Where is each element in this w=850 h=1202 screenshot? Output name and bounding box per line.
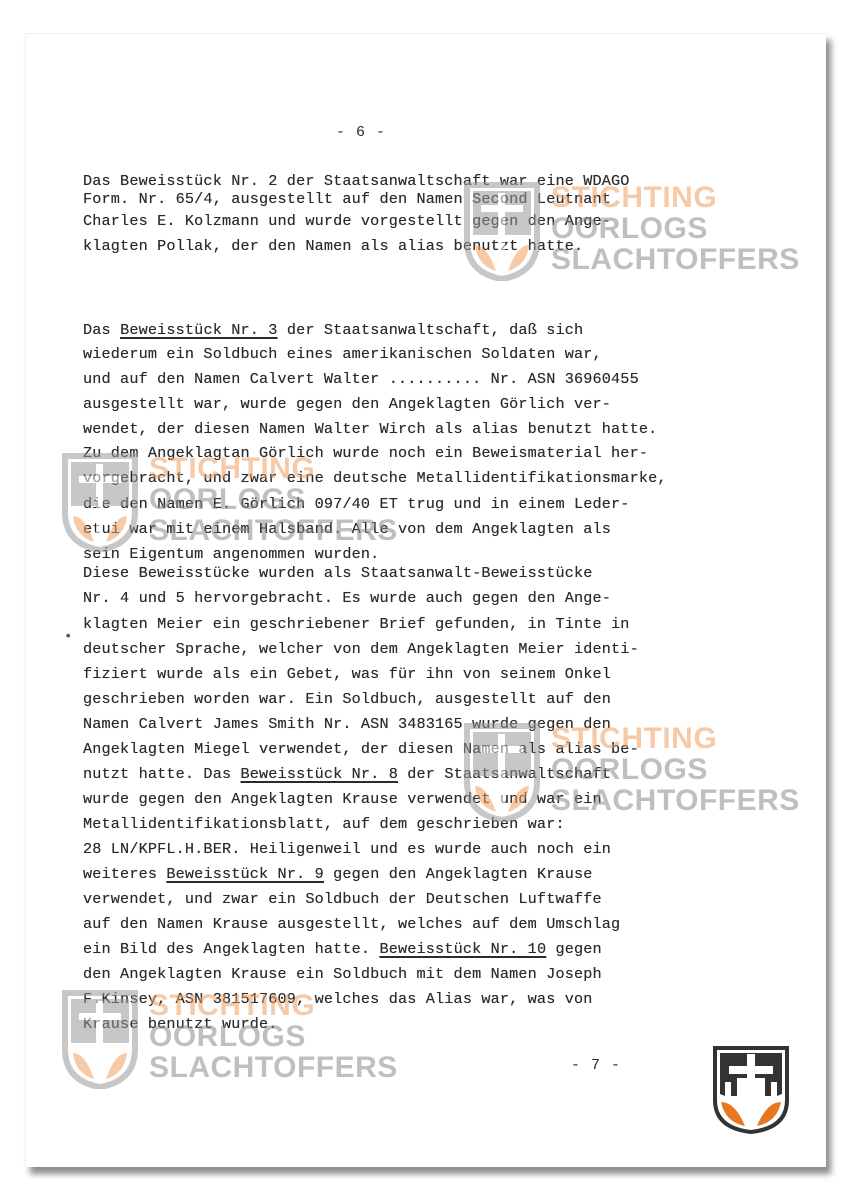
page-number-bottom: - 7 -	[571, 1057, 621, 1074]
exhibit-reference: Beweisstück Nr. 10	[379, 940, 546, 958]
text-segment: gegen	[546, 940, 602, 958]
text-segment: wendet, der diesen Namen Walter Wirch al…	[83, 420, 657, 438]
text-line: Angeklagten Miegel verwendet, der diesen…	[83, 740, 639, 758]
text-segment: klagten Meier ein geschriebener Brief ge…	[83, 615, 630, 633]
text-line: F.Kinsey, ASN 381517609, welches das Ali…	[83, 990, 593, 1008]
text-line: klagten Pollak, der den Namen als alias …	[83, 237, 583, 255]
text-segment: 28 LN/KPFL.H.BER. Heiligenweil und es wu…	[83, 840, 611, 858]
text-line: auf den Namen Krause ausgestellt, welche…	[83, 915, 620, 933]
text-line: Das Beweisstück Nr. 3 der Staatsanwaltsc…	[83, 321, 583, 339]
text-line: Krause benutzt wurde.	[83, 1015, 278, 1033]
text-segment: der Staatsanwaltschaft	[398, 765, 611, 783]
text-segment: wurde gegen den Angeklagten Krause verwe…	[83, 790, 602, 808]
text-line: Namen Calvert James Smith Nr. ASN 348316…	[83, 715, 611, 733]
exhibit-reference: Beweisstück Nr. 3	[120, 321, 278, 339]
text-segment: wiederum ein Soldbuch eines amerikanisch…	[83, 345, 602, 363]
text-segment: geschrieben worden war. Ein Soldbuch, au…	[83, 690, 611, 708]
text-segment: den Angeklagten Krause ein Soldbuch mit …	[83, 965, 602, 983]
text-segment: und auf den Namen Calvert Walter .......…	[83, 370, 639, 388]
text-segment: sein Eigentum angenommen wurden.	[83, 545, 379, 563]
text-segment: weiteres	[83, 865, 166, 883]
text-line: ein Bild des Angeklagten hatte. Beweisst…	[83, 940, 602, 958]
text-line: Nr. 4 und 5 hervorgebracht. Es wurde auc…	[83, 589, 611, 607]
watermark-line3: SLACHTOFFERS	[551, 245, 800, 275]
text-segment: Metallidentifikationsblatt, auf dem gesc…	[83, 815, 565, 833]
text-segment: Angeklagten Miegel verwendet, der diesen…	[83, 740, 639, 758]
text-line: sein Eigentum angenommen wurden.	[83, 545, 379, 563]
text-segment: Zu dem Angeklagtan Görlich wurde noch ei…	[83, 444, 648, 462]
text-line: Zu dem Angeklagtan Görlich wurde noch ei…	[83, 444, 648, 462]
text-segment: ausgestellt war, wurde gegen den Angekla…	[83, 395, 611, 413]
stray-mark: •	[64, 629, 72, 645]
brand-shield-logo-icon	[711, 1044, 791, 1134]
text-segment: Form. Nr. 65/4, ausgestellt auf den Name…	[83, 190, 611, 208]
text-segment: Nr. 4 und 5 hervorgebracht. Es wurde auc…	[83, 589, 611, 607]
text-segment: ein Bild des Angeklagten hatte.	[83, 940, 379, 958]
text-line: wiederum ein Soldbuch eines amerikanisch…	[83, 345, 602, 363]
text-segment: der Staatsanwaltschaft, daß sich	[278, 321, 584, 339]
text-segment: verwendet, und zwar ein Soldbuch der Deu…	[83, 890, 602, 908]
text-line: vorgebracht, und zwar eine deutsche Meta…	[83, 469, 667, 487]
text-line: ausgestellt war, wurde gegen den Angekla…	[83, 395, 611, 413]
text-line: Das Beweisstück Nr. 2 der Staatsanwaltsc…	[83, 172, 630, 190]
text-line: nutzt hatte. Das Beweisstück Nr. 8 der S…	[83, 765, 611, 783]
exhibit-reference: Beweisstück Nr. 8	[241, 765, 399, 783]
text-line: die den Namen E. Görlich 097/40 ET trug …	[83, 495, 630, 513]
text-segment: etui war mit einem Halsband. Alle von de…	[83, 520, 611, 538]
text-line: wendet, der diesen Namen Walter Wirch al…	[83, 420, 657, 438]
watermark-line3: SLACHTOFFERS	[149, 1053, 398, 1083]
text-line: Metallidentifikationsblatt, auf dem gesc…	[83, 815, 565, 833]
text-line: den Angeklagten Krause ein Soldbuch mit …	[83, 965, 602, 983]
text-line: klagten Meier ein geschriebener Brief ge…	[83, 615, 630, 633]
text-segment: klagten Pollak, der den Namen als alias …	[83, 237, 583, 255]
text-line: Diese Beweisstücke wurden als Staatsanwa…	[83, 564, 593, 582]
text-segment: F.Kinsey, ASN 381517609, welches das Ali…	[83, 990, 593, 1008]
text-segment: auf den Namen Krause ausgestellt, welche…	[83, 915, 620, 933]
text-segment: Das	[83, 321, 120, 339]
text-segment: Charles E. Kolzmann und wurde vorgestell…	[83, 212, 611, 230]
text-segment: nutzt hatte. Das	[83, 765, 241, 783]
text-segment: gegen den Angeklagten Krause	[324, 865, 593, 883]
text-line: deutscher Sprache, welcher von dem Angek…	[83, 640, 639, 658]
text-line: 28 LN/KPFL.H.BER. Heiligenweil und es wu…	[83, 840, 611, 858]
text-line: fiziert wurde als ein Gebet, was für ihn…	[83, 665, 611, 683]
text-segment: Krause benutzt wurde.	[83, 1015, 278, 1033]
text-segment: Diese Beweisstücke wurden als Staatsanwa…	[83, 564, 593, 582]
text-segment: Namen Calvert James Smith Nr. ASN 348316…	[83, 715, 611, 733]
text-line: verwendet, und zwar ein Soldbuch der Deu…	[83, 890, 602, 908]
text-segment: vorgebracht, und zwar eine deutsche Meta…	[83, 469, 667, 487]
text-line: etui war mit einem Halsband. Alle von de…	[83, 520, 611, 538]
text-line: weiteres Beweisstück Nr. 9 gegen den Ang…	[83, 865, 593, 883]
text-line: Charles E. Kolzmann und wurde vorgestell…	[83, 212, 611, 230]
text-segment: Das Beweisstück Nr. 2 der Staatsanwaltsc…	[83, 172, 630, 190]
text-line: geschrieben worden war. Ein Soldbuch, au…	[83, 690, 611, 708]
text-segment: die den Namen E. Görlich 097/40 ET trug …	[83, 495, 630, 513]
text-segment: fiziert wurde als ein Gebet, was für ihn…	[83, 665, 611, 683]
text-segment: deutscher Sprache, welcher von dem Angek…	[83, 640, 639, 658]
page-number-top: - 6 -	[336, 124, 386, 141]
text-line: und auf den Namen Calvert Walter .......…	[83, 370, 639, 388]
exhibit-reference: Beweisstück Nr. 9	[166, 865, 324, 883]
text-line: wurde gegen den Angeklagten Krause verwe…	[83, 790, 602, 808]
document-page: - 6 - Das Beweisstück Nr. 2 der Staatsan…	[25, 33, 826, 1167]
text-line: Form. Nr. 65/4, ausgestellt auf den Name…	[83, 190, 611, 208]
